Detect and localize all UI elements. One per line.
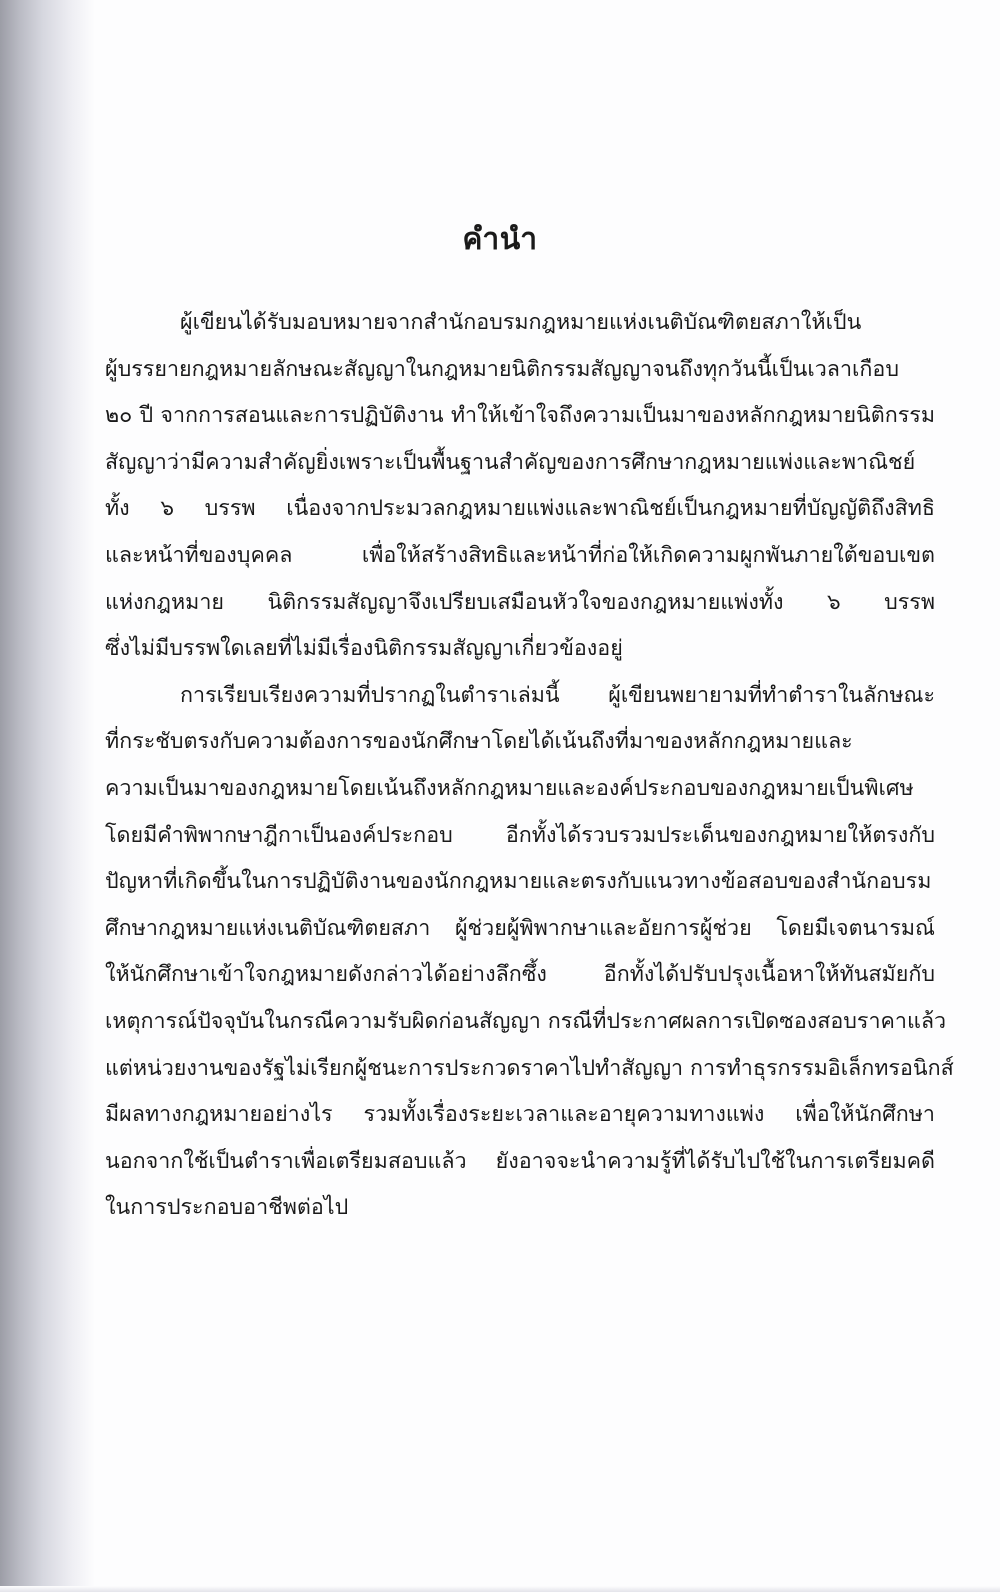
text-line: ผู้เขียนได้รับมอบหมายจากสำนักอบรมกฎหมายแ… [105, 300, 935, 347]
text-line: การเรียบเรียงความที่ปรากฏในตำราเล่มนี้ ผ… [105, 673, 935, 720]
document-body: ผู้เขียนได้รับมอบหมายจากสำนักอบรมกฎหมายแ… [105, 300, 935, 1232]
text-line: ในการประกอบอาชีพต่อไป [105, 1185, 935, 1232]
text-line: ปัญหาที่เกิดขึ้นในการปฏิบัติงานของนักกฎห… [105, 859, 935, 906]
text-line: มีผลทางกฎหมายอย่างไร รวมทั้งเรื่องระยะเว… [105, 1092, 935, 1139]
text-line: ศึกษากฎหมายแห่งเนติบัณฑิตยสภา ผู้ช่วยผู้… [105, 906, 935, 953]
text-line: ทั้ง ๖ บรรพ เนื่องจากประมวลกฎหมายแพ่งและ… [105, 486, 935, 533]
text-line: ๒๐ ปี จากการสอนและการปฏิบัติงาน ทำให้เข้… [105, 393, 935, 440]
text-line: เหตุการณ์ปัจจุบันในกรณีความรับผิดก่อนสัญ… [105, 999, 935, 1046]
binding-gutter-shadow [0, 0, 95, 1592]
text-line: แห่งกฎหมาย นิติกรรมสัญญาจึงเปรียบเสมือนห… [105, 580, 935, 627]
text-line: ผู้บรรยายกฎหมายลักษณะสัญญาในกฎหมายนิติกร… [105, 347, 935, 394]
paragraph-1: ผู้เขียนได้รับมอบหมายจากสำนักอบรมกฎหมายแ… [105, 300, 935, 673]
text-line: ความเป็นมาของกฎหมายโดยเน้นถึงหลักกฎหมายแ… [105, 766, 935, 813]
page-title: คำนำ [105, 216, 895, 263]
text-line: ซึ่งไม่มีบรรพใดเลยที่ไม่มีเรื่องนิติกรรม… [105, 626, 935, 673]
text-line: โดยมีคำพิพากษาฎีกาเป็นองค์ประกอบ อีกทั้ง… [105, 813, 935, 860]
text-line: สัญญาว่ามีความสำคัญยิ่งเพราะเป็นพื้นฐานส… [105, 440, 935, 487]
text-line: ที่กระชับตรงกับความต้องการของนักศึกษาโดย… [105, 719, 935, 766]
text-line: แต่หน่วยงานของรัฐไม่เรียกผู้ชนะการประกวด… [105, 1046, 935, 1093]
paragraph-2: การเรียบเรียงความที่ปรากฏในตำราเล่มนี้ ผ… [105, 673, 935, 1232]
page-bottom-edge [0, 1586, 1000, 1592]
text-line: ให้นักศึกษาเข้าใจกฎหมายดังกล่าวได้อย่างล… [105, 952, 935, 999]
text-line: นอกจากใช้เป็นตำราเพื่อเตรียมสอบแล้ว ยังอ… [105, 1139, 935, 1186]
text-line: และหน้าที่ของบุคคล เพื่อให้สร้างสิทธิและ… [105, 533, 935, 580]
